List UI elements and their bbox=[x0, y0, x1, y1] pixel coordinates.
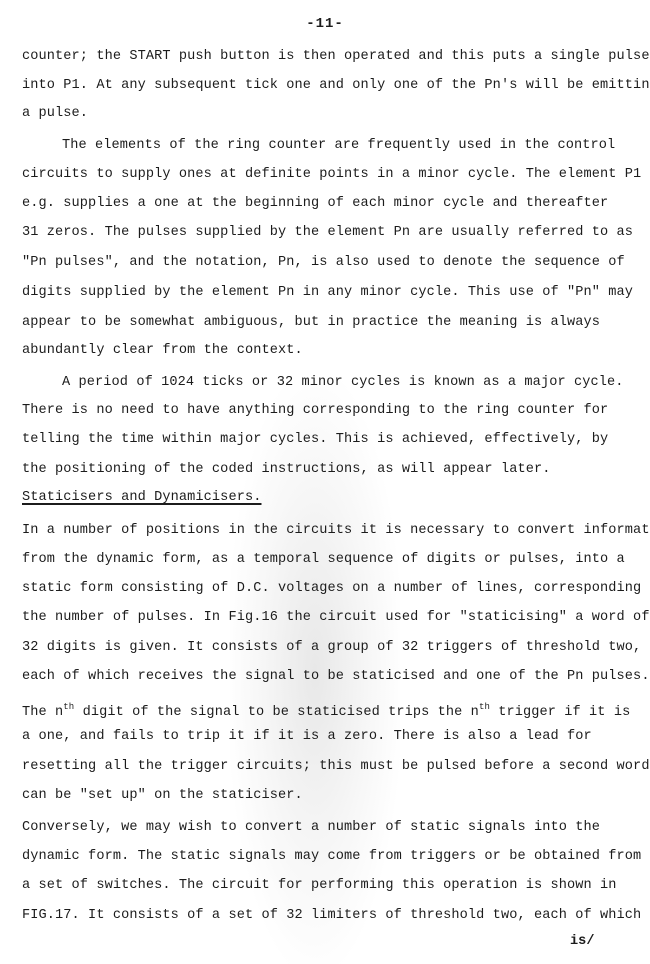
text-line-nth: The nth digit of the signal to be static… bbox=[22, 697, 630, 723]
superscript: th bbox=[63, 702, 74, 712]
text-line: each of which receives the signal to be … bbox=[22, 667, 650, 687]
text-fragment: The n bbox=[22, 705, 63, 720]
text-line: the number of pulses. In Fig.16 the circ… bbox=[22, 608, 650, 628]
text-line: the positioning of the coded instruction… bbox=[22, 460, 550, 480]
superscript: th bbox=[479, 702, 490, 712]
page-number: -11- bbox=[0, 16, 650, 32]
catchword: is/ bbox=[570, 934, 594, 949]
text-line: dynamic form. The static signals may com… bbox=[22, 847, 641, 867]
document-page: -11- counter; the START push button is t… bbox=[0, 0, 650, 964]
text-line: resetting all the trigger circuits; this… bbox=[22, 757, 650, 777]
text-line: a set of switches. The circuit for perfo… bbox=[22, 876, 617, 896]
text-line: e.g. supplies a one at the beginning of … bbox=[22, 194, 608, 214]
text-line: In a number of positions in the circuits… bbox=[22, 521, 650, 541]
text-fragment: trigger if it is bbox=[490, 705, 630, 720]
text-line: 32 digits is given. It consists of a gro… bbox=[22, 638, 641, 658]
text-line: appear to be somewhat ambiguous, but in … bbox=[22, 313, 600, 333]
text-line: counter; the START push button is then o… bbox=[22, 47, 650, 67]
text-line: The elements of the ring counter are fre… bbox=[62, 136, 615, 156]
text-line: "Pn pulses", and the notation, Pn, is al… bbox=[22, 253, 625, 273]
text-line: circuits to supply ones at definite poin… bbox=[22, 165, 641, 185]
text-line: a pulse. bbox=[22, 104, 88, 124]
text-line: static form consisting of D.C. voltages … bbox=[22, 579, 650, 599]
text-line: digits supplied by the element Pn in any… bbox=[22, 283, 633, 303]
text-line: 31 zeros. The pulses supplied by the ele… bbox=[22, 223, 633, 243]
text-line: telling the time within major cycles. Th… bbox=[22, 430, 608, 450]
text-line: a one, and fails to trip it if it is a z… bbox=[22, 727, 592, 747]
text-line: can be "set up" on the staticiser. bbox=[22, 786, 303, 806]
text-fragment: digit of the signal to be staticised tri… bbox=[74, 705, 479, 720]
text-line: Conversely, we may wish to convert a num… bbox=[22, 818, 600, 838]
text-line: abundantly clear from the context. bbox=[22, 341, 303, 361]
section-heading: Staticisers and Dynamicisers. bbox=[22, 488, 261, 508]
text-line: from the dynamic form, as a temporal seq… bbox=[22, 550, 625, 570]
text-line: There is no need to have anything corres… bbox=[22, 401, 608, 421]
text-line: A period of 1024 ticks or 32 minor cycle… bbox=[62, 373, 624, 393]
text-line: into P1. At any subsequent tick one and … bbox=[22, 76, 650, 96]
text-line: FIG.17. It consists of a set of 32 limit… bbox=[22, 906, 641, 926]
